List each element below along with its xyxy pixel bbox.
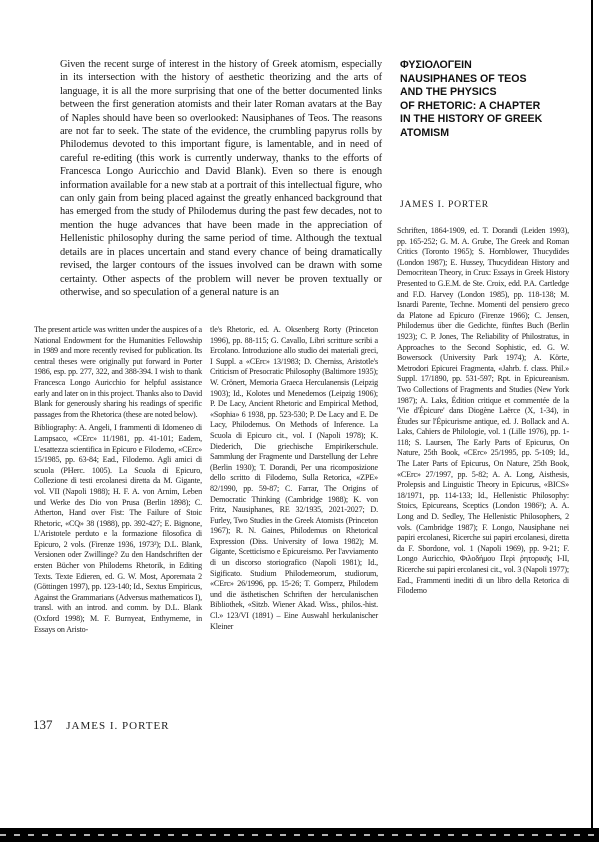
title-line: AND THE PHYSICS [400, 86, 570, 100]
footnote-column-2: tle's Rhetoric, ed. A. Oksenberg Rorty (… [210, 325, 378, 635]
author-name: JAMES I. PORTER [400, 199, 570, 210]
title-line: IN THE HISTORY OF GREEK [400, 113, 570, 127]
page-footer: 137 JAMES I. PORTER [33, 717, 170, 733]
title-line: ATOMISM [400, 127, 570, 141]
intro-paragraph: Given the recent surge of interest in th… [60, 58, 382, 299]
page-number: 137 [33, 717, 53, 732]
title-line: OF RHETORIC: A CHAPTER [400, 100, 570, 114]
scan-edge-bottom [0, 828, 599, 842]
title-greek-line: ΦΥΣΙΟΛΟΓΕΙΝ [400, 59, 570, 73]
bibliography-start: Bibliography: A. Angeli, I frammenti di … [34, 423, 202, 635]
article-title: ΦΥΣΙΟΛΟΓΕΙΝ NAUSIPHANES OF TEOS AND THE … [400, 59, 570, 141]
running-head: JAMES I. PORTER [66, 720, 169, 732]
title-line: NAUSIPHANES OF TEOS [400, 73, 570, 87]
footnote-column-3: Schriften, 1864-1909, ed. T. Dorandi (Le… [397, 226, 569, 600]
acknowledgment-note: The present article was written under th… [34, 325, 202, 420]
footnote-column-1: The present article was written under th… [34, 325, 202, 638]
bibliography-continued: Schriften, 1864-1909, ed. T. Dorandi (Le… [397, 226, 569, 597]
scan-edge-right [591, 0, 593, 828]
bibliography-continued: tle's Rhetoric, ed. A. Oksenberg Rorty (… [210, 325, 378, 632]
